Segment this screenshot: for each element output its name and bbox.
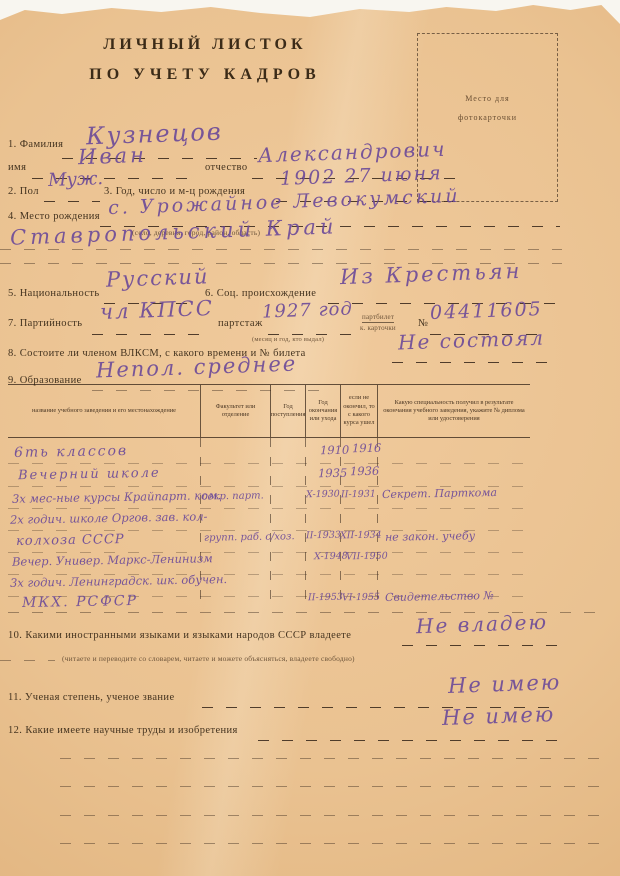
field-label-languages: 10. Какими иностранными языками и языкам… — [8, 630, 351, 641]
photo-placeholder-label: Место для — [418, 89, 557, 108]
handwritten-party-card-number: 04411605 — [430, 298, 543, 324]
table-header-school: название учебного заведения и его местон… — [8, 385, 200, 437]
table-header-year-start: Год поступления — [270, 385, 305, 437]
rule-line — [268, 334, 358, 335]
field-label-nationality: 5. Национальность — [8, 288, 100, 299]
field-label-name: имя — [8, 162, 26, 173]
field-label-party-card-bottom: к. карточки — [360, 324, 396, 332]
field-label-sex: 2. Пол — [8, 186, 39, 197]
handwritten-party-since: 1927 год — [262, 298, 354, 322]
form-title-line2: ПО УЧЕТУ КАДРОВ — [70, 66, 340, 84]
field-label-party-since: партстаж — [218, 318, 263, 329]
table-cell-year: X-1930 — [306, 489, 340, 501]
rule-line — [60, 758, 600, 759]
education-table-header: название учебного заведения и его местон… — [8, 384, 530, 438]
rule-line — [402, 645, 560, 646]
handwritten-academic-degree: Не имею — [448, 670, 562, 698]
rule-line — [0, 249, 562, 250]
field-hint-party-since: (месяц и год, кто выдал) — [252, 336, 324, 343]
rule-line — [60, 786, 600, 787]
handwritten-nationality: Русский — [106, 264, 210, 292]
scan-background: ЛИЧНЫЙ ЛИСТОК ПО УЧЕТУ КАДРОВ Место для … — [0, 0, 620, 876]
field-label-scientific-works: 12. Какие имеете научные труды и изобрет… — [8, 725, 238, 736]
table-cell-year: XII-1934 — [340, 530, 382, 542]
handwritten-party: чл КПСС — [100, 296, 215, 324]
table-cell-year: II-1931 — [341, 489, 376, 501]
handwritten-sex: Муж. — [48, 168, 104, 191]
table-cell-year: X-1948 — [314, 551, 348, 563]
table-header-faculty: Факультет или отделение — [200, 385, 270, 437]
table-header-year-end: Год окончания или ухода — [305, 385, 340, 437]
handwritten-name: Иван — [78, 143, 148, 169]
field-label-social-origin: 6. Соц. происхождение — [205, 288, 316, 299]
table-header-left-course: если не окончил, то с какого курса ушел — [340, 385, 377, 437]
table-cell-specialty: не закон. учебу — [385, 529, 475, 544]
field-hint-languages: (читаете и переводите со словарем, читае… — [62, 654, 355, 663]
table-header-specialty: Какую специальность получил в результате… — [377, 385, 530, 437]
table-cell-faculty: секр. парт. — [202, 490, 264, 502]
field-label-academic-degree: 11. Ученая степень, ученое звание — [8, 692, 175, 703]
rule-line — [92, 334, 210, 335]
rule-line — [0, 660, 55, 661]
photo-placeholder-label: фотокарточки — [418, 108, 557, 127]
rule-line — [44, 201, 100, 202]
rule-line — [392, 362, 560, 363]
table-cell-year: VII-1950 — [346, 551, 388, 563]
handwritten-komsomol: Не состоял — [398, 325, 546, 354]
table-row: колхоза СССР — [16, 532, 125, 549]
field-label-party: 7. Партийность — [8, 318, 82, 329]
table-row-line — [8, 508, 530, 509]
field-label-party-card-top: партбилет — [362, 313, 394, 323]
table-cell-year: II-1953 — [308, 592, 343, 604]
rule-line — [60, 815, 600, 816]
rule-line — [60, 843, 600, 844]
table-cell-faculty: групп. раб. с/хоз. — [204, 531, 295, 544]
table-cell-specialty: Свидетельство № — [385, 589, 494, 604]
field-label-patronymic: отчество — [205, 162, 248, 173]
field-label-party-card-no: № — [418, 318, 428, 329]
table-cell-year: 1936 — [350, 464, 380, 479]
table-cell-year: II-1933 — [306, 530, 341, 542]
table-row: МКХ. РСФСР — [22, 593, 138, 611]
table-row: 6ть классов — [14, 443, 128, 461]
field-label-birthplace: 4. Место рождения — [8, 211, 100, 222]
field-label-surname: 1. Фамилия — [8, 139, 63, 150]
table-row: Вечерний школе — [18, 466, 161, 483]
table-row-line — [8, 463, 530, 464]
form-title-line1: ЛИЧНЫЙ ЛИСТОК — [70, 36, 340, 54]
table-cell-year: 1910 — [320, 443, 350, 458]
table-cell-year: 1935 — [318, 466, 348, 481]
handwritten-languages: Не владею — [416, 610, 549, 639]
table-cell-specialty: Секрет. Парткома — [382, 486, 497, 501]
rule-line — [258, 740, 560, 741]
table-cell-year: 1916 — [352, 441, 382, 456]
handwritten-scientific-works: Не имею — [442, 702, 556, 730]
table-cell-year: VI-1955 — [342, 592, 380, 604]
